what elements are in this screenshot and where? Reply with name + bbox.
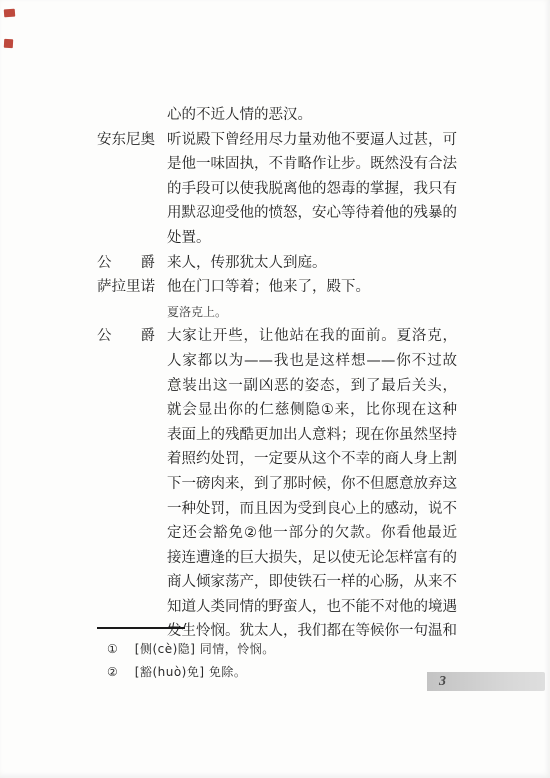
speaker-name: 安东尼奥 (97, 128, 155, 153)
dialogue-line: 听说殿下曾经用尽力量劝他不要逼人过甚，可 (167, 128, 457, 153)
speaker-name: 公 爵 (97, 324, 155, 349)
dialogue-lines: 听说殿下曾经用尽力量劝他不要逼人过甚，可是他一味固执，不肯略作让步。既然没有合法… (167, 128, 457, 251)
speech-row: 萨拉里诺他在门口等着；他来了，殿下。 (97, 275, 457, 300)
stage-direction-row: 夏洛克上。 (97, 300, 457, 325)
footnotes-block: ①[侧(cè)隐] 同情，怜悯。②[豁(huò)免] 免除。 (97, 638, 457, 683)
dialogue-line: 知道人类同情的野蛮人，也不能不对他的境遇 (167, 595, 457, 620)
footnote-text: [侧(cè)隐] 同情，怜悯。 (135, 638, 457, 661)
dialogue-line: 处置。 (167, 226, 457, 251)
page-number-bar: 3 (427, 672, 545, 691)
dialogue-line: 商人倾家荡产，即使铁石一样的心肠，从来不 (167, 570, 457, 595)
red-ink-mark (4, 9, 16, 18)
red-ink-mark (4, 39, 13, 48)
dialogue-line: 一种处罚，而且因为受到良心上的感动，说不 (167, 497, 457, 522)
dialogue-line: 心的不近人情的恶汉。 (167, 103, 457, 128)
page-number: 3 (439, 674, 446, 690)
dialogue-line: 他在门口等着；他来了，殿下。 (167, 275, 457, 300)
dialogue-lines: 他在门口等着；他来了，殿下。 (167, 275, 457, 300)
speech-row: 公 爵大家让开些，让他站在我的面前。夏洛克，人家都以为——我也是这样想——你不过… (97, 324, 457, 644)
dialogue-lines: 夏洛克上。 (167, 300, 457, 325)
stage-direction: 夏洛克上。 (167, 300, 457, 325)
dialogue-line: 表面上的残酷更加出人意料；现在你虽然坚持 (167, 423, 457, 448)
dialogue-line: 下一磅肉来，到了那时候，你不但愿意放弃这 (167, 472, 457, 497)
dialogue-lines: 心的不近人情的恶汉。 (167, 103, 457, 128)
speaker-name: 公 爵 (97, 251, 155, 276)
speech-row: 心的不近人情的恶汉。 (97, 103, 457, 128)
dialogue-line: 来人，传那犹太人到庭。 (167, 251, 457, 276)
dialogue-lines: 来人，传那犹太人到庭。 (167, 251, 457, 276)
dialogue-line: 就会显出你的仁慈侧隐①来，比你现在这种 (167, 398, 457, 423)
dialogue-lines: 大家让开些，让他站在我的面前。夏洛克，人家都以为——我也是这样想——你不过故意装… (167, 324, 457, 644)
speech-row: 公 爵来人，传那犹太人到庭。 (97, 251, 457, 276)
dialogue-line: 人家都以为——我也是这样想——你不过故 (167, 349, 457, 374)
footnote: ②[豁(huò)免] 免除。 (97, 661, 457, 684)
speech-row: 安东尼奥听说殿下曾经用尽力量劝他不要逼人过甚，可是他一味固执，不肯略作让步。既然… (97, 128, 457, 251)
footnote: ①[侧(cè)隐] 同情，怜悯。 (97, 638, 457, 661)
book-page: 心的不近人情的恶汉。安东尼奥听说殿下曾经用尽力量劝他不要逼人过甚，可是他一味固执… (0, 0, 550, 778)
dialogue-line: 意装出这一副凶恶的姿态，到了最后关头， (167, 374, 457, 399)
dialogue-line: 定还会豁免②他一部分的欠款。你看他最近 (167, 521, 457, 546)
dialogue-line: 接连遭逢的巨大损失，足以使无论怎样富有的 (167, 546, 457, 571)
playscript-text-block: 心的不近人情的恶汉。安东尼奥听说殿下曾经用尽力量劝他不要逼人过甚，可是他一味固执… (97, 103, 457, 644)
dialogue-line: 着照约处罚，一定要从这个不幸的商人身上割 (167, 447, 457, 472)
dialogue-line: 是他一味固执，不肯略作让步。既然没有合法 (167, 152, 457, 177)
speaker-name: 萨拉里诺 (97, 275, 155, 300)
footnote-text: [豁(huò)免] 免除。 (135, 661, 457, 684)
dialogue-line: 用默忍迎受他的愤怒，安心等待着他的残暴的 (167, 201, 457, 226)
dialogue-line: 大家让开些，让他站在我的面前。夏洛克， (167, 324, 457, 349)
footnote-marker: ② (97, 661, 118, 684)
footnote-marker: ① (97, 638, 118, 661)
footnote-divider (97, 627, 185, 629)
dialogue-line: 的手段可以使我脱离他的怨毒的掌握，我只有 (167, 177, 457, 202)
